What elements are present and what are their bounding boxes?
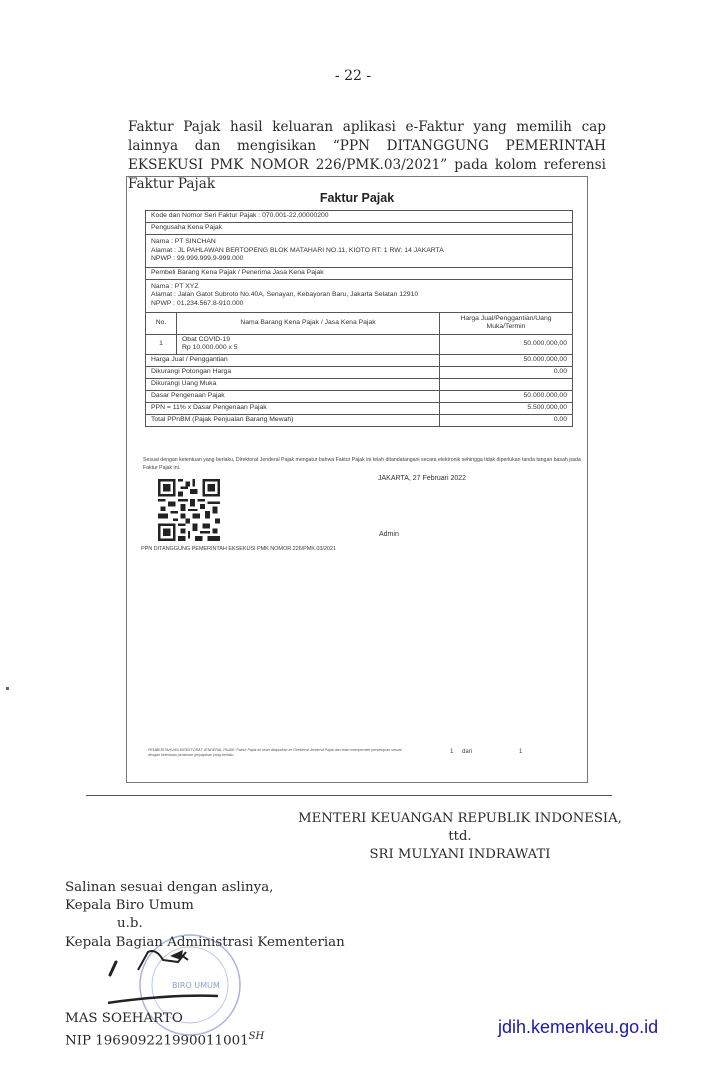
item-name: Obat COVID-19	[182, 336, 434, 345]
buyer-address: Alamat : Jalan Gatot Subroto No.40A, Sen…	[151, 291, 567, 300]
seller-header-row: Pengusaha Kena Pajak	[146, 223, 573, 235]
summary-label: Total PPnBM (Pajak Penjualan Barang Mewa…	[146, 414, 440, 426]
page-current: 1	[450, 749, 453, 755]
buyer-header: Pembeli Barang Kena Pajak / Penerima Jas…	[146, 267, 573, 279]
seller-name: Nama : PT SINCHAN	[151, 238, 567, 247]
qr-code-icon	[154, 479, 224, 541]
seller-info: Nama : PT SINCHAN Alamat : JL PAHLAWAN B…	[146, 235, 573, 268]
section-divider	[86, 795, 612, 796]
copy-certification: Salinan sesuai dengan aslinya, Kepala Bi…	[65, 879, 345, 952]
official-signature: MAS SOEHARTO NIP 196909221990011001SH	[65, 1010, 264, 1051]
summary-value: 0,00	[440, 414, 573, 426]
buyer-info: Nama : PT XYZ Alamat : Jalan Gatot Subro…	[146, 279, 573, 312]
col-value-header: Harga Jual/Penggantian/Uang Muka/Termin	[440, 312, 573, 334]
minister-name: SRI MULYANI INDRAWATI	[292, 846, 628, 864]
summary-value: 0,00	[440, 366, 573, 378]
summary-row: Dikurangi Potongan Harga 0,00	[146, 366, 573, 378]
summary-row: Harga Jual / Penggantian 50.000.000,00	[146, 354, 573, 366]
summary-label: PPN = 11% x Dasar Pengenaan Pajak	[146, 402, 440, 414]
stamp-text: BIRO UMUM	[172, 981, 220, 990]
faktur-title: Faktur Pajak	[126, 191, 588, 205]
summary-label: Harga Jual / Penggantian	[146, 354, 440, 366]
column-header-row: No. Nama Barang Kena Pajak / Jasa Kena P…	[146, 312, 573, 334]
city-date: JAKARTA, 27 Februari 2022	[378, 475, 466, 482]
page-total: 1	[519, 749, 522, 755]
faktur-table: Kode dan Nomor Seri Faktur Pajak : 070.0…	[145, 210, 573, 427]
copy-line-1: Salinan sesuai dengan aslinya,	[65, 879, 345, 897]
summary-label: Dikurangi Uang Muka	[146, 378, 440, 390]
item-detail: Rp 10.000.000 x 5	[182, 344, 434, 353]
item-value: 50.000.000,00	[440, 334, 573, 354]
summary-row: Total PPnBM (Pajak Penjualan Barang Mewa…	[146, 414, 573, 426]
minister-title: MENTERI KEUANGAN REPUBLIK INDONESIA,	[292, 810, 628, 828]
copy-line-2: Kepala Biro Umum	[65, 897, 345, 915]
summary-label: Dasar Pengenaan Pajak	[146, 390, 440, 402]
summary-row: Dikurangi Uang Muka	[146, 378, 573, 390]
serial-number: Kode dan Nomor Seri Faktur Pajak : 070.0…	[146, 211, 573, 223]
summary-row: PPN = 11% x Dasar Pengenaan Pajak 5.500.…	[146, 402, 573, 414]
copy-line-ub: u.b.	[65, 915, 345, 933]
seller-header: Pengusaha Kena Pajak	[146, 223, 573, 235]
summary-value: 5.500.000,00	[440, 402, 573, 414]
summary-value: 50.000.000,00	[440, 390, 573, 402]
nip-text: NIP 196909221990011001	[65, 1034, 249, 1049]
buyer-npwp: NPWP : 01.234.567.8-910.000	[151, 300, 567, 309]
scan-speck	[6, 687, 9, 690]
website-link[interactable]: jdih.kemenkeu.go.id	[498, 1017, 658, 1038]
seller-address: Alamat : JL PAHLAWAN BERTOPENG BLOK MATA…	[151, 247, 567, 256]
summary-value: 50.000.000,00	[440, 354, 573, 366]
djp-footer-note: PEMBERITAHUAN DIREKTORAT JENDERAL PAJAK:…	[148, 748, 408, 758]
buyer-info-row: Nama : PT XYZ Alamat : Jalan Gatot Subro…	[146, 279, 573, 312]
seller-info-row: Nama : PT SINCHAN Alamat : JL PAHLAWAN B…	[146, 235, 573, 268]
e-signature-note: Sesuai dengan ketentuan yang berlaku, Di…	[143, 456, 583, 472]
ttd: ttd.	[292, 828, 628, 846]
official-nip: NIP 196909221990011001SH	[65, 1028, 264, 1051]
signer-name: Admin	[379, 531, 399, 538]
item-name-cell: Obat COVID-19 Rp 10.000.000 x 5	[177, 334, 440, 354]
buyer-header-row: Pembeli Barang Kena Pajak / Penerima Jas…	[146, 267, 573, 279]
seller-npwp: NPWP : 99.999.999.9-999.000	[151, 255, 567, 264]
col-no-header: No.	[146, 312, 177, 334]
buyer-name: Nama : PT XYZ	[151, 283, 567, 292]
summary-label: Dikurangi Potongan Harga	[146, 366, 440, 378]
copy-line-4: Kepala Bagian Administrasi Kementerian	[65, 934, 345, 952]
item-row: 1 Obat COVID-19 Rp 10.000.000 x 5 50.000…	[146, 334, 573, 354]
official-name: MAS SOEHARTO	[65, 1010, 264, 1028]
page-number: - 22 -	[0, 68, 706, 84]
summary-row: Dasar Pengenaan Pajak 50.000.000,00	[146, 390, 573, 402]
summary-value	[440, 378, 573, 390]
minister-signature-block: MENTERI KEUANGAN REPUBLIK INDONESIA, ttd…	[292, 810, 628, 864]
item-no: 1	[146, 334, 177, 354]
initials: SH	[249, 1031, 265, 1042]
reference-text: PPN DITANGGUNG PEMERINTAH EKSEKUSI PMK N…	[141, 546, 336, 552]
serial-row: Kode dan Nomor Seri Faktur Pajak : 070.0…	[146, 211, 573, 223]
col-item-header: Nama Barang Kena Pajak / Jasa Kena Pajak	[177, 312, 440, 334]
page-sep: dari	[462, 749, 472, 755]
